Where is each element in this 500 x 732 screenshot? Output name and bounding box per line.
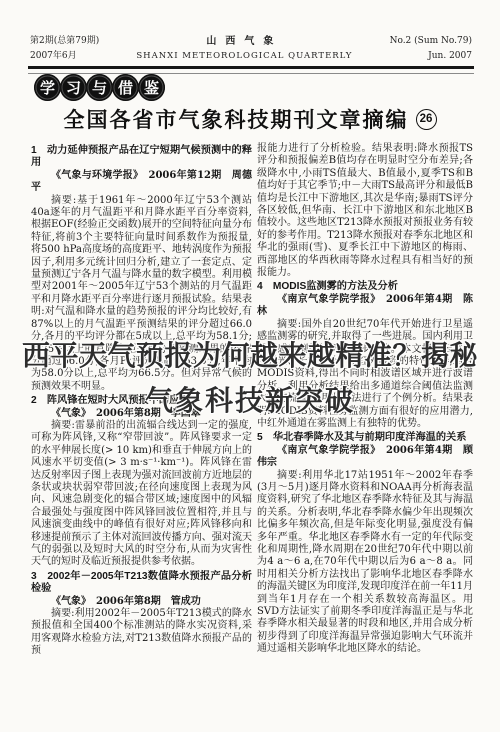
issue-date-cn: 2007年6月 (30, 49, 99, 64)
section-abstract: 摘要:利用2002年－2005年T213模式的降水预报值和全国400个标准测站的… (31, 608, 252, 658)
header-right: No.2 (Sum No.79) Jun. 2007 (390, 34, 472, 64)
page-header: 第2期(总第79期) 2007年6月 山西气象 SHANXI METEOROLO… (30, 34, 472, 64)
issue-date-en: Jun. 2007 (390, 49, 472, 64)
section-abstract: 摘要:基于1961年～2000年辽宁53个测站40a逐年的月气温距平和月降水距平… (31, 195, 252, 394)
section-abstract: 摘要:利用华北17站1951年～2002年春季(3月～5月)逐月降水资料和NOA… (257, 470, 473, 656)
page-title-text: 全国各省市气象科技期刊文章摘编 (64, 104, 409, 134)
badge-char-4: 鉴 (138, 74, 165, 101)
section-source-line: 《气象》 2006年第8期 李国翠 (31, 408, 252, 420)
column-badge-learning-reference: 学习与借鉴 (34, 74, 164, 101)
section-abstract: 报能力进行了分析检验。结果表明:降水预报TS评分和预报偏差B值均存在明显时空分布… (257, 143, 473, 279)
section-source-line: 《南京气象学院学报》 2006年第4期 顾伟宗 (257, 445, 473, 470)
section-source-line: 《南京气象学院学报》 2006年第4期 陈林 (257, 294, 473, 319)
section-abstract: 摘要:雷暴前沿的出流辐合线达到一定的强度,可称为阵风锋,又称“窄带回波”。阵风锋… (31, 420, 252, 569)
body-column-right: 报能力进行了分析检验。结果表明:降水预报TS评分和预报偏差B值均存在明显时空分布… (257, 143, 473, 656)
section-heading: 1 动力延伸预报产品在辽宁短期气候预测中的释用 (31, 145, 252, 170)
section-source-line: 《气象与环境学报》 2006年第12期 周德平 (31, 170, 252, 195)
header-left: 第2期(总第79期) 2007年6月 (30, 34, 99, 64)
badge-char-0: 学 (34, 74, 61, 101)
section-source-line: 《气象》 2006年第8期 管成功 (31, 596, 252, 608)
issue-number-cn: 第2期(总第79期) (30, 34, 99, 49)
section-abstract: 摘要:国外自20世纪70年代开始进行卫星遥感监测雾的研究,并取得了一些进展。国内… (257, 319, 473, 431)
badge-char-1: 习 (60, 74, 87, 101)
section-heading: 5 华北春季降水及其与前期印度洋海温的关系 (257, 432, 473, 444)
series-number-circle: 26 (416, 109, 437, 130)
badge-char-3: 借 (112, 74, 139, 101)
section-heading: 3 2002年－2005年T213数值降水预报产品分析检验 (31, 571, 252, 596)
header-center: 山西气象 SHANXI METEOROLOGICAL QUARTERLY (136, 34, 352, 64)
issue-number-en: No.2 (Sum No.79) (390, 34, 472, 49)
badge-char-2: 与 (86, 74, 113, 101)
journal-title-cn: 山西气象 (136, 34, 352, 49)
section-heading: 4 MODIS监测雾的方法及分析 (257, 281, 473, 293)
journal-title-en: SHANXI METEOROLOGICAL QUARTERLY (136, 49, 352, 64)
page-title: 全国各省市气象科技期刊文章摘编 26 (0, 104, 500, 134)
body-column-left: 1 动力延伸预报产品在辽宁短期气候预测中的释用《气象与环境学报》 2006年第1… (31, 143, 252, 658)
header-rule (28, 66, 474, 74)
journal-page: 第2期(总第79期) 2007年6月 山西气象 SHANXI METEOROLO… (0, 0, 500, 732)
section-heading: 2 阵风锋在短时大风预报中的应用 (31, 395, 252, 407)
